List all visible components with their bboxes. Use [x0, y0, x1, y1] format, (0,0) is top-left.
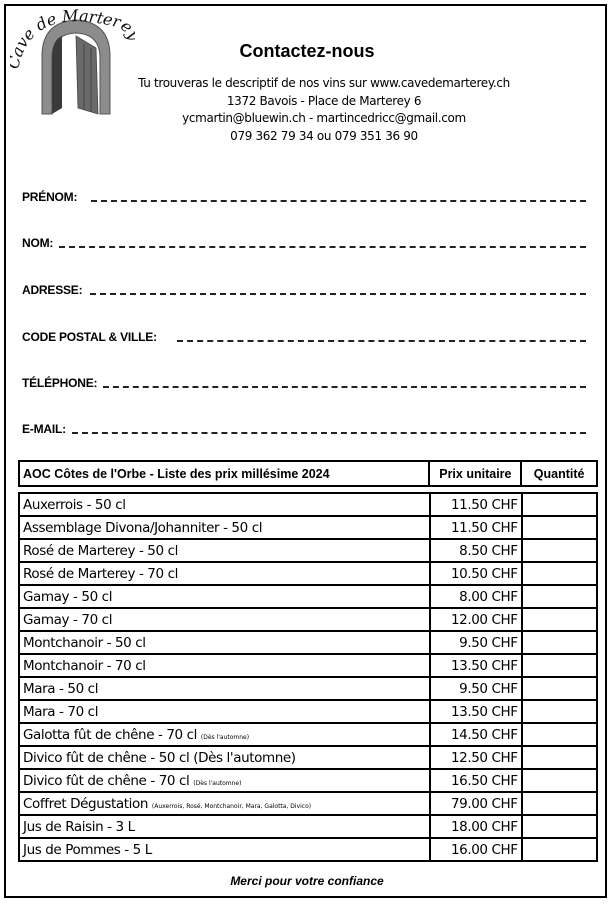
unit-price: 12.00 CHF	[430, 608, 522, 631]
address-label: ADRESSE:	[22, 283, 82, 297]
quantity-cell[interactable]	[522, 539, 597, 562]
unit-price: 18.00 CHF	[430, 815, 522, 838]
product-name: Jus de Raisin - 3 L	[19, 815, 430, 838]
unit-price: 12.50 CHF	[430, 746, 522, 769]
unit-price: 14.50 CHF	[430, 723, 522, 746]
quantity-cell[interactable]	[522, 608, 597, 631]
product-note: (Dès l'automne)	[193, 780, 241, 787]
product-label: Jus de Raisin - 3 L	[23, 819, 135, 835]
quantity-cell[interactable]	[522, 769, 597, 792]
product-name: Mara - 70 cl	[19, 700, 430, 723]
price-row: Montchanoir - 50 cl9.50 CHF	[19, 631, 597, 654]
product-name: Auxerrois - 50 cl	[19, 493, 430, 516]
quantity-cell[interactable]	[522, 815, 597, 838]
product-note: (Dès l'automne)	[201, 734, 249, 741]
product-label: Divico fût de chêne - 70 cl	[23, 773, 193, 789]
quantity-cell[interactable]	[522, 677, 597, 700]
product-label: Auxerrois - 50 cl	[23, 497, 126, 513]
price-row: Auxerrois - 50 cl11.50 CHF	[19, 493, 597, 516]
quantity-cell[interactable]	[522, 746, 597, 769]
firstname-field[interactable]: PRÉNOM:	[22, 184, 586, 204]
header-quantity: Quantité	[521, 461, 597, 486]
address-line: 1372 Bavois - Place de Marterey 6	[0, 93, 614, 111]
price-row: Rosé de Marterey - 70 cl10.50 CHF	[19, 562, 597, 585]
product-note: (Auxerrois, Rosé, Montchanoir, Mara, Gal…	[152, 803, 311, 810]
price-row: Gamay - 70 cl12.00 CHF	[19, 608, 597, 631]
postal-city-field[interactable]: CODE POSTAL & VILLE:	[22, 324, 586, 344]
product-label: Rosé de Marterey - 50 cl	[23, 543, 178, 559]
quantity-cell[interactable]	[522, 654, 597, 677]
quantity-cell[interactable]	[522, 838, 597, 861]
product-name: Gamay - 70 cl	[19, 608, 430, 631]
product-name: Coffret Dégustation (Auxerrois, Rosé, Mo…	[19, 792, 430, 815]
price-row: Divico fût de chêne - 50 cl (Dès l'autom…	[19, 746, 597, 769]
firstname-label: PRÉNOM:	[22, 190, 77, 204]
product-label: Montchanoir - 70 cl	[23, 658, 146, 674]
unit-price: 8.50 CHF	[430, 539, 522, 562]
price-row: Divico fût de chêne - 70 cl (Dès l'autom…	[19, 769, 597, 792]
price-row: Mara - 50 cl9.50 CHF	[19, 677, 597, 700]
quantity-cell[interactable]	[522, 562, 597, 585]
unit-price: 13.50 CHF	[430, 654, 522, 677]
lastname-label: NOM:	[22, 236, 53, 250]
phone-field[interactable]: TÉLÉPHONE:	[22, 370, 586, 390]
quantity-cell[interactable]	[522, 631, 597, 654]
quantity-cell[interactable]	[522, 792, 597, 815]
product-label: Montchanoir - 50 cl	[23, 635, 146, 651]
product-label: Mara - 50 cl	[23, 681, 98, 697]
price-row: Assemblage Divona/Johanniter - 50 cl11.5…	[19, 516, 597, 539]
product-name: Jus de Pommes - 5 L	[19, 838, 430, 861]
product-name: Divico fût de chêne - 70 cl (Dès l'autom…	[19, 769, 430, 792]
price-list-table: Auxerrois - 50 cl11.50 CHFAssemblage Div…	[18, 492, 598, 862]
unit-price: 11.50 CHF	[430, 493, 522, 516]
product-name: Rosé de Marterey - 50 cl	[19, 539, 430, 562]
page-title: Contactez-nous	[0, 41, 614, 62]
price-row: Rosé de Marterey - 50 cl8.50 CHF	[19, 539, 597, 562]
unit-price: 16.50 CHF	[430, 769, 522, 792]
product-name: Mara - 50 cl	[19, 677, 430, 700]
price-row: Galotta fût de chêne - 70 cl (Dès l'auto…	[19, 723, 597, 746]
product-label: Gamay - 70 cl	[23, 612, 112, 628]
product-name: Rosé de Marterey - 70 cl	[19, 562, 430, 585]
price-row: Jus de Pommes - 5 L16.00 CHF	[19, 838, 597, 861]
product-label: Gamay - 50 cl	[23, 589, 112, 605]
website-line: Tu trouveras le descriptif de nos vins s…	[0, 75, 614, 93]
product-name: Gamay - 50 cl	[19, 585, 430, 608]
unit-price: 79.00 CHF	[430, 792, 522, 815]
address-input-line[interactable]	[90, 293, 586, 295]
unit-price: 10.50 CHF	[430, 562, 522, 585]
price-list-header: AOC Côtes de l'Orbe - Liste des prix mil…	[18, 460, 598, 487]
product-label: Galotta fût de chêne - 70 cl	[23, 727, 201, 743]
product-label: Rosé de Marterey - 70 cl	[23, 566, 178, 582]
product-label: Assemblage Divona/Johanniter - 50 cl	[23, 520, 262, 536]
firstname-input-line[interactable]	[91, 200, 586, 202]
postal-city-label: CODE POSTAL & VILLE:	[22, 330, 157, 344]
price-row: Montchanoir - 70 cl13.50 CHF	[19, 654, 597, 677]
email-field[interactable]: E-MAIL:	[22, 416, 586, 436]
quantity-cell[interactable]	[522, 493, 597, 516]
unit-price: 11.50 CHF	[430, 516, 522, 539]
unit-price: 8.00 CHF	[430, 585, 522, 608]
unit-price: 9.50 CHF	[430, 677, 522, 700]
product-name: Montchanoir - 50 cl	[19, 631, 430, 654]
product-label: Jus de Pommes - 5 L	[23, 842, 152, 858]
quantity-cell[interactable]	[522, 700, 597, 723]
product-label: Divico fût de chêne - 50 cl (Dès l'autom…	[23, 750, 296, 766]
postal-city-input-line[interactable]	[177, 340, 586, 342]
address-field[interactable]: ADRESSE:	[22, 277, 586, 297]
unit-price: 16.00 CHF	[430, 838, 522, 861]
unit-price: 9.50 CHF	[430, 631, 522, 654]
lastname-input-line[interactable]	[59, 246, 586, 248]
unit-price: 13.50 CHF	[430, 700, 522, 723]
price-row: Gamay - 50 cl8.00 CHF	[19, 585, 597, 608]
product-label: Coffret Dégustation	[23, 796, 152, 812]
product-name: Divico fût de chêne - 50 cl (Dès l'autom…	[19, 746, 430, 769]
product-label: Mara - 70 cl	[23, 704, 98, 720]
email-line: ycmartin@bluewin.ch - martincedricc@gmai…	[0, 110, 614, 128]
product-name: Montchanoir - 70 cl	[19, 654, 430, 677]
footer-thanks: Merci pour votre confiance	[0, 874, 614, 888]
phone-input-line[interactable]	[103, 386, 586, 388]
quantity-cell[interactable]	[522, 723, 597, 746]
phone-label: TÉLÉPHONE:	[22, 376, 97, 390]
price-row: Coffret Dégustation (Auxerrois, Rosé, Mo…	[19, 792, 597, 815]
email-input-line[interactable]	[72, 432, 586, 434]
price-row: Mara - 70 cl13.50 CHF	[19, 700, 597, 723]
lastname-field[interactable]: NOM:	[22, 230, 586, 250]
email-label: E-MAIL:	[22, 422, 66, 436]
product-name: Galotta fût de chêne - 70 cl (Dès l'auto…	[19, 723, 430, 746]
contact-info: Tu trouveras le descriptif de nos vins s…	[0, 75, 614, 145]
quantity-cell[interactable]	[522, 516, 597, 539]
phone-line: 079 362 79 34 ou 079 351 36 90	[0, 128, 614, 146]
price-row: Jus de Raisin - 3 L18.00 CHF	[19, 815, 597, 838]
header-product: AOC Côtes de l'Orbe - Liste des prix mil…	[19, 461, 429, 486]
header-unit-price: Prix unitaire	[429, 461, 521, 486]
quantity-cell[interactable]	[522, 585, 597, 608]
product-name: Assemblage Divona/Johanniter - 50 cl	[19, 516, 430, 539]
